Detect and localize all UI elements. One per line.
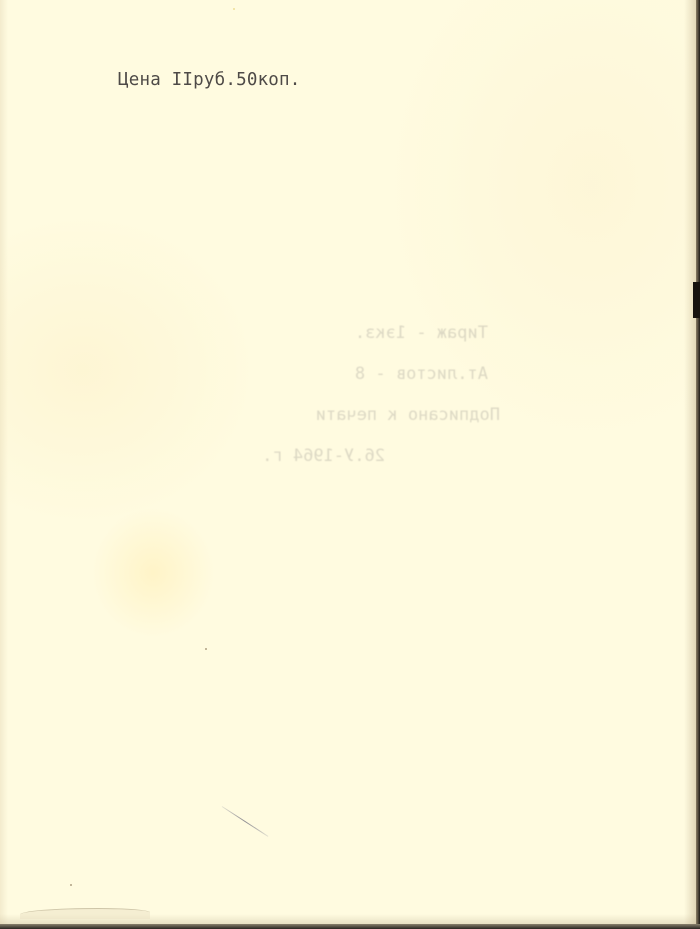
paper-fold xyxy=(20,908,150,919)
bleed-line-date: 26.У-1964 г. xyxy=(225,441,500,482)
paper-speck xyxy=(233,8,235,10)
bleed-line-sheets: Ат.листов - 8 xyxy=(225,359,500,400)
price-line: Цена IIруб.50коп. xyxy=(118,70,301,90)
paper-speck xyxy=(70,884,72,886)
document-page: Цена IIруб.50коп. Тираж - 1экз. Ат.листо… xyxy=(0,0,696,924)
bleed-through-imprint: Тираж - 1экз. Ат.листов - 8 Подписано к … xyxy=(225,318,500,482)
scan-edge-right xyxy=(696,0,700,929)
pencil-mark xyxy=(222,806,269,837)
bleed-line-print-run: Тираж - 1экз. xyxy=(225,318,500,359)
scan-edge-bottom xyxy=(0,924,700,929)
paper-speck xyxy=(205,648,207,650)
bleed-line-signed: Подписано к печати xyxy=(225,400,500,441)
scan-edge-notch xyxy=(693,282,700,318)
